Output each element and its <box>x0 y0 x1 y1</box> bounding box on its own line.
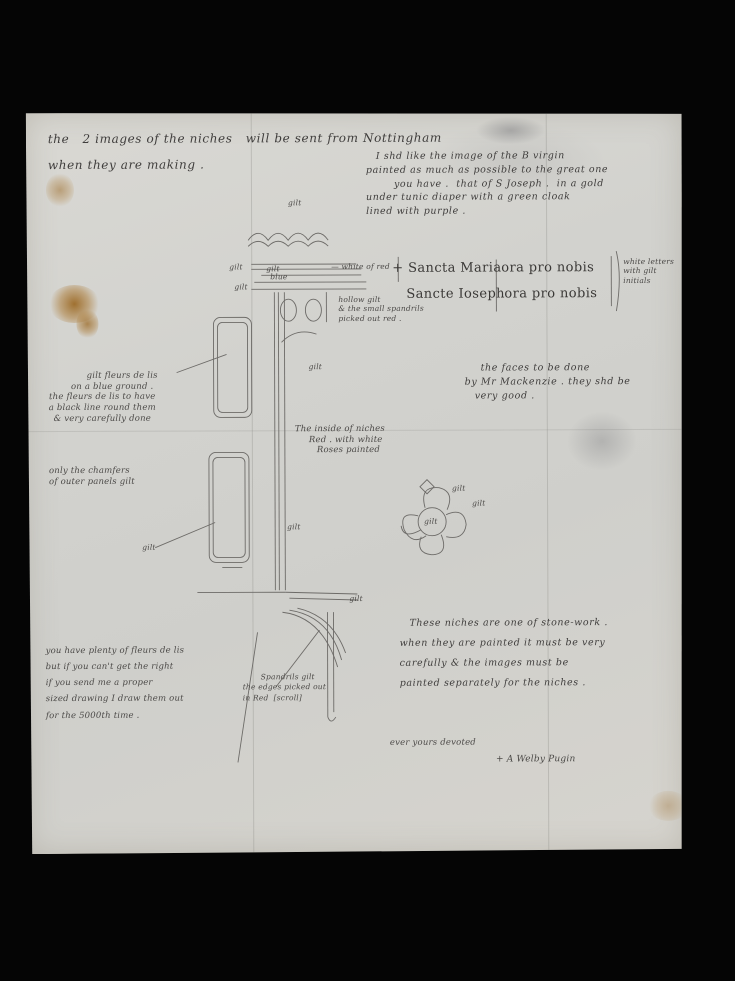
note-niches-stonework: These niches are one of stone-work . whe… <box>399 613 608 693</box>
note-faces: the faces to be done by Mr Mackenzie . t… <box>465 361 631 403</box>
text-line: you have plenty of fleurs de lis <box>46 643 185 660</box>
label-gilt-crest: gilt <box>288 198 301 207</box>
inscription-sancte-ioseph: Sancte Ioseph <box>406 285 505 303</box>
text-line: if you send me a proper <box>46 675 185 692</box>
text-line: on a blue ground . <box>47 381 158 392</box>
text-line: picked out red . <box>338 314 424 324</box>
crest-cresting <box>248 233 328 240</box>
text-line: initials <box>623 276 674 286</box>
closing-line: ever yours devoted <box>390 738 476 749</box>
text-line: but if you can't get the right <box>46 659 185 676</box>
label-gilt: gilt <box>234 282 247 291</box>
text-line: white letters <box>623 257 674 267</box>
text-line: you have . that of S Joseph . in a gold <box>366 177 608 192</box>
paragraph-image-instructions: I shd like the image of the B virgin pai… <box>366 149 608 219</box>
text-line: I shd like the image of the B virgin <box>366 149 608 164</box>
text-line: when they are painted it must be very <box>400 633 609 654</box>
text-line: The inside of niches <box>295 424 385 435</box>
text-line: of outer panels gilt <box>49 476 135 487</box>
label-gilt-corner: gilt <box>349 594 362 603</box>
text-line: lined with purple . <box>366 204 608 219</box>
manuscript-sheet: the 2 images of the niches will be sent … <box>26 111 685 854</box>
label-gilt: gilt <box>309 362 322 371</box>
label-gilt-panel: gilt <box>142 543 155 552</box>
text-line: & the small spandrils <box>338 304 424 314</box>
text-line: painted as much as possible to the great… <box>366 163 608 178</box>
inscription-ora-pro-nobis-1: ora pro nobis <box>501 259 594 277</box>
inscription-ora-pro-nobis-2: ora pro nobis <box>504 285 597 303</box>
label-rose-centre-gilt: gilt <box>424 517 437 526</box>
label-rose-petal-gilt: gilt <box>452 484 465 493</box>
label-white-of-red: — white of red <box>331 262 390 272</box>
label-rose-side-gilt: gilt <box>472 499 485 508</box>
signature: + A Welby Pugin <box>496 754 576 766</box>
note-fleurs-de-lis: gilt fleurs de lis on a blue ground . th… <box>47 371 158 425</box>
text-line: Spandrils gilt <box>243 672 326 682</box>
label-gilt-pier: gilt <box>287 522 300 531</box>
note-spandrils: Spandrils gilt the edges picked out in R… <box>243 672 326 703</box>
text-line: by Mr Mackenzie . they shd be <box>465 375 631 389</box>
text-line: for the 5000th time . <box>46 707 185 724</box>
text-line: sized drawing I draw them out <box>46 691 185 708</box>
text-line: in Red [scroll] <box>243 693 326 703</box>
text-line: with gilt <box>623 266 674 276</box>
text-line: painted separately for the niches . <box>400 673 609 694</box>
text-line: very good . <box>465 389 631 403</box>
text-line: Roses painted <box>295 445 385 456</box>
text-line: & very carefully done <box>47 413 158 424</box>
text-line: carefully & the images must be <box>400 653 609 674</box>
label-gilt: gilt <box>229 262 242 271</box>
text-line: Red . with white <box>295 435 385 446</box>
text-line: the edges picked out <box>243 681 326 693</box>
text-line: the fleurs de lis to have <box>47 392 158 403</box>
note-white-letters: white letters with gilt initials <box>623 257 674 285</box>
label-blue: blue <box>270 272 287 281</box>
note-plenty-fleurs: you have plenty of fleurs de lis but if … <box>46 643 185 724</box>
text-top-line-2: when they are making . <box>48 157 205 174</box>
text-line: the faces to be done <box>465 361 631 375</box>
note-chamfers: only the chamfers of outer panels gilt <box>49 466 135 488</box>
text-line: a black line round them <box>47 403 158 414</box>
text-line: These niches are one of stone-work . <box>399 613 608 634</box>
note-inside-niches: The inside of niches Red . with white Ro… <box>295 424 385 456</box>
text-line: gilt fleurs de lis <box>47 371 158 382</box>
text-top-line: the 2 images of the niches will be sent … <box>48 130 442 148</box>
text-line: under tunic diaper with a green cloak <box>366 190 608 205</box>
inscription-sancta-maria: + Sancta Maria <box>392 259 501 277</box>
text-line: only the chamfers <box>49 466 135 477</box>
